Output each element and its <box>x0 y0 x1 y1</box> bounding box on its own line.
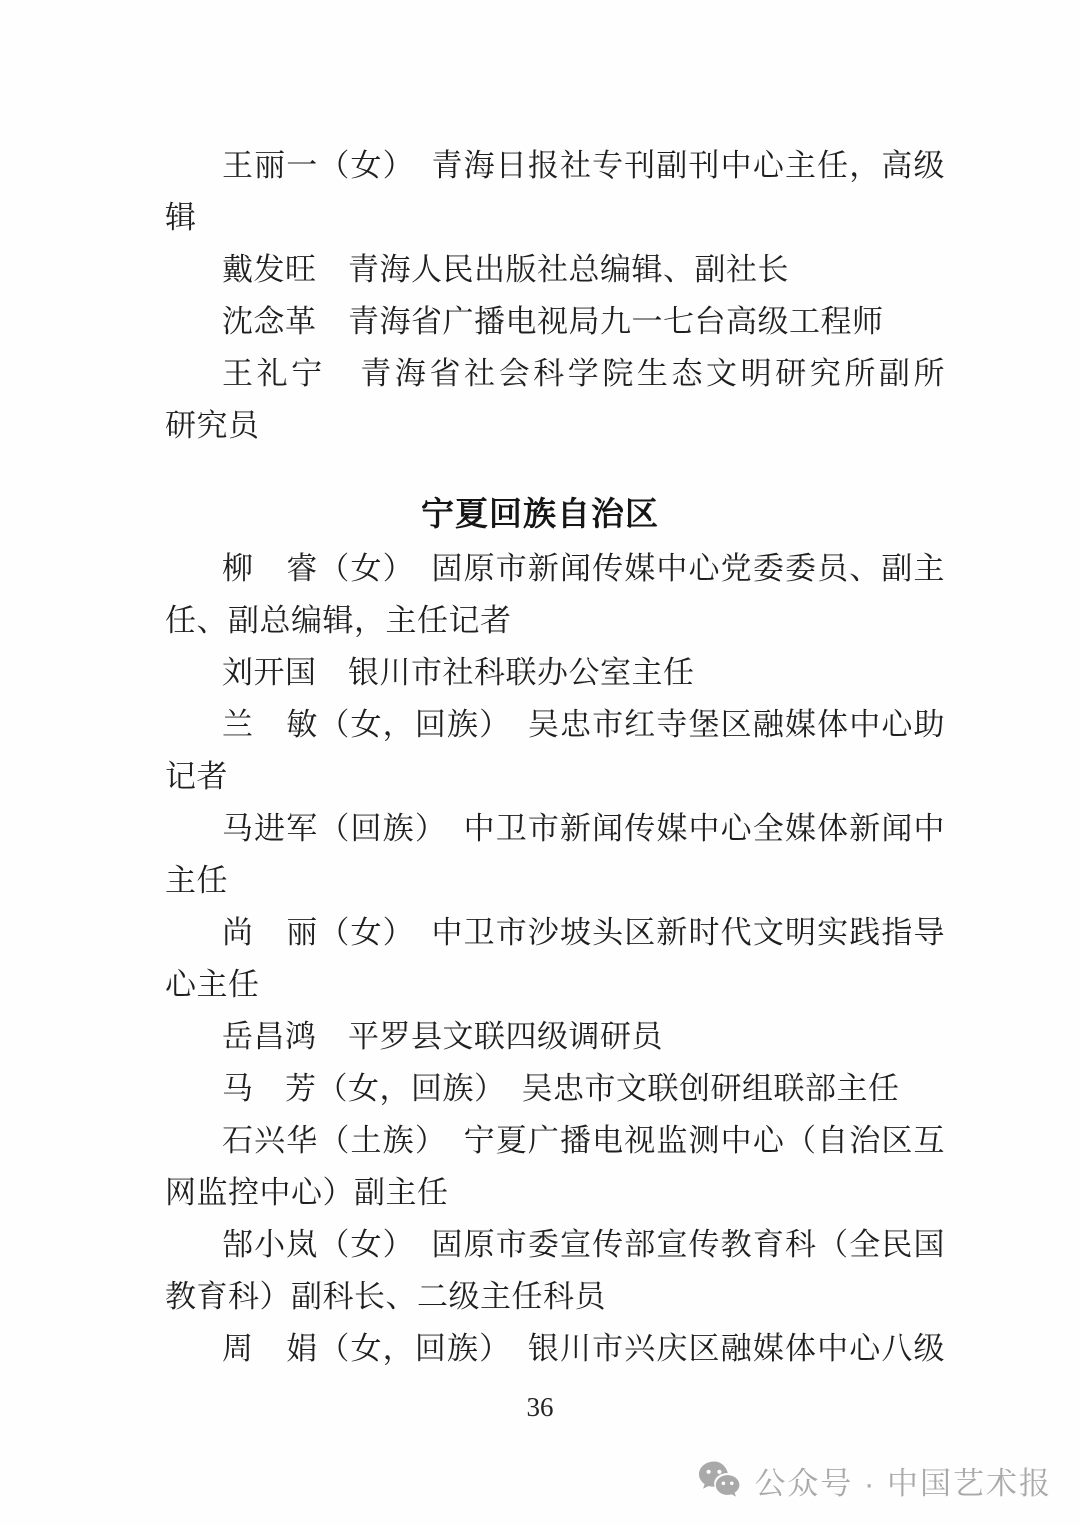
entry-paragraph: 戴发旺 青海人民出版社总编辑、副社长 <box>165 244 945 296</box>
watermark-label: 公众号 · 中国艺术报 <box>754 1458 1052 1503</box>
text-line: 石兴华（土族） 宁夏广播电视监测中心（自治区互联 <box>165 1115 945 1167</box>
document-body: 王丽一（女） 青海日报社专刊副刊中心主任，高级编辑戴发旺 青海人民出版社总编辑、… <box>165 140 945 1375</box>
text-line: 柳 睿（女） 固原市新闻传媒中心党委委员、副主 <box>165 543 945 595</box>
text-line: 兰 敏（女，回族） 吴忠市红寺堡区融媒体中心助理 <box>165 699 945 751</box>
entry-paragraph: 兰 敏（女，回族） 吴忠市红寺堡区融媒体中心助理记者 <box>165 699 945 803</box>
text-line: 尚 丽（女） 中卫市沙坡头区新时代文明实践指导中 <box>165 907 945 959</box>
text-line: 辑 <box>165 192 945 244</box>
text-line: 记者 <box>165 751 945 803</box>
text-line: 马进军（回族） 中卫市新闻传媒中心全媒体新闻中心 <box>165 803 945 855</box>
footer-watermark: 公众号 · 中国艺术报 <box>697 1458 1052 1503</box>
text-line: 戴发旺 青海人民出版社总编辑、副社长 <box>165 244 945 296</box>
entry-paragraph: 王丽一（女） 青海日报社专刊副刊中心主任，高级编辑 <box>165 140 945 244</box>
entry-paragraph: 马 芳（女，回族） 吴忠市文联创研组联部主任 <box>165 1063 945 1115</box>
section: 宁夏回族自治区柳 睿（女） 固原市新闻传媒中心党委委员、副主任、副总编辑，主任记… <box>165 488 945 1375</box>
text-line: 任、副总编辑，主任记者 <box>165 595 945 647</box>
text-line: 网监控中心）副主任 <box>165 1167 945 1219</box>
entry-paragraph: 岳昌鸿 平罗县文联四级调研员 <box>165 1011 945 1063</box>
text-line: 马 芳（女，回族） 吴忠市文联创研组联部主任 <box>165 1063 945 1115</box>
section-heading: 宁夏回族自治区 <box>0 488 1080 540</box>
entry-paragraph: 郜小岚（女） 固原市委宣传部宣传教育科（全民国防教育科）副科长、二级主任科员 <box>165 1219 945 1323</box>
entry-paragraph: 沈念革 青海省广播电视局九一七台高级工程师 <box>165 296 945 348</box>
entry-paragraph: 柳 睿（女） 固原市新闻传媒中心党委委员、副主任、副总编辑，主任记者 <box>165 543 945 647</box>
text-line: 郜小岚（女） 固原市委宣传部宣传教育科（全民国防 <box>165 1219 945 1271</box>
text-line: 主任 <box>165 855 945 907</box>
text-line: 岳昌鸿 平罗县文联四级调研员 <box>165 1011 945 1063</box>
wechat-icon <box>697 1460 743 1502</box>
text-line: 沈念革 青海省广播电视局九一七台高级工程师 <box>165 296 945 348</box>
entry-paragraph: 周 娟（女，回族） 银川市兴庆区融媒体中心八级职 <box>165 1323 945 1375</box>
text-line: 研究员 <box>165 400 945 452</box>
text-line: 心主任 <box>165 959 945 1011</box>
entry-paragraph: 石兴华（土族） 宁夏广播电视监测中心（自治区互联网监控中心）副主任 <box>165 1115 945 1219</box>
entry-paragraph: 尚 丽（女） 中卫市沙坡头区新时代文明实践指导中心主任 <box>165 907 945 1011</box>
text-line: 刘开国 银川市社科联办公室主任 <box>165 647 945 699</box>
text-line: 教育科）副科长、二级主任科员 <box>165 1271 945 1323</box>
text-line: 王礼宁 青海省社会科学院生态文明研究所副所长，副 <box>165 348 945 400</box>
entry-paragraph: 刘开国 银川市社科联办公室主任 <box>165 647 945 699</box>
entry-paragraph: 王礼宁 青海省社会科学院生态文明研究所副所长，副研究员 <box>165 348 945 452</box>
entry-paragraph: 马进军（回族） 中卫市新闻传媒中心全媒体新闻中心主任 <box>165 803 945 907</box>
document-page: 王丽一（女） 青海日报社专刊副刊中心主任，高级编辑戴发旺 青海人民出版社总编辑、… <box>0 0 1080 1526</box>
section: 王丽一（女） 青海日报社专刊副刊中心主任，高级编辑戴发旺 青海人民出版社总编辑、… <box>165 140 945 452</box>
text-line: 周 娟（女，回族） 银川市兴庆区融媒体中心八级职 <box>165 1323 945 1375</box>
text-line: 王丽一（女） 青海日报社专刊副刊中心主任，高级编 <box>165 140 945 192</box>
page-number: 36 <box>0 1392 1080 1423</box>
